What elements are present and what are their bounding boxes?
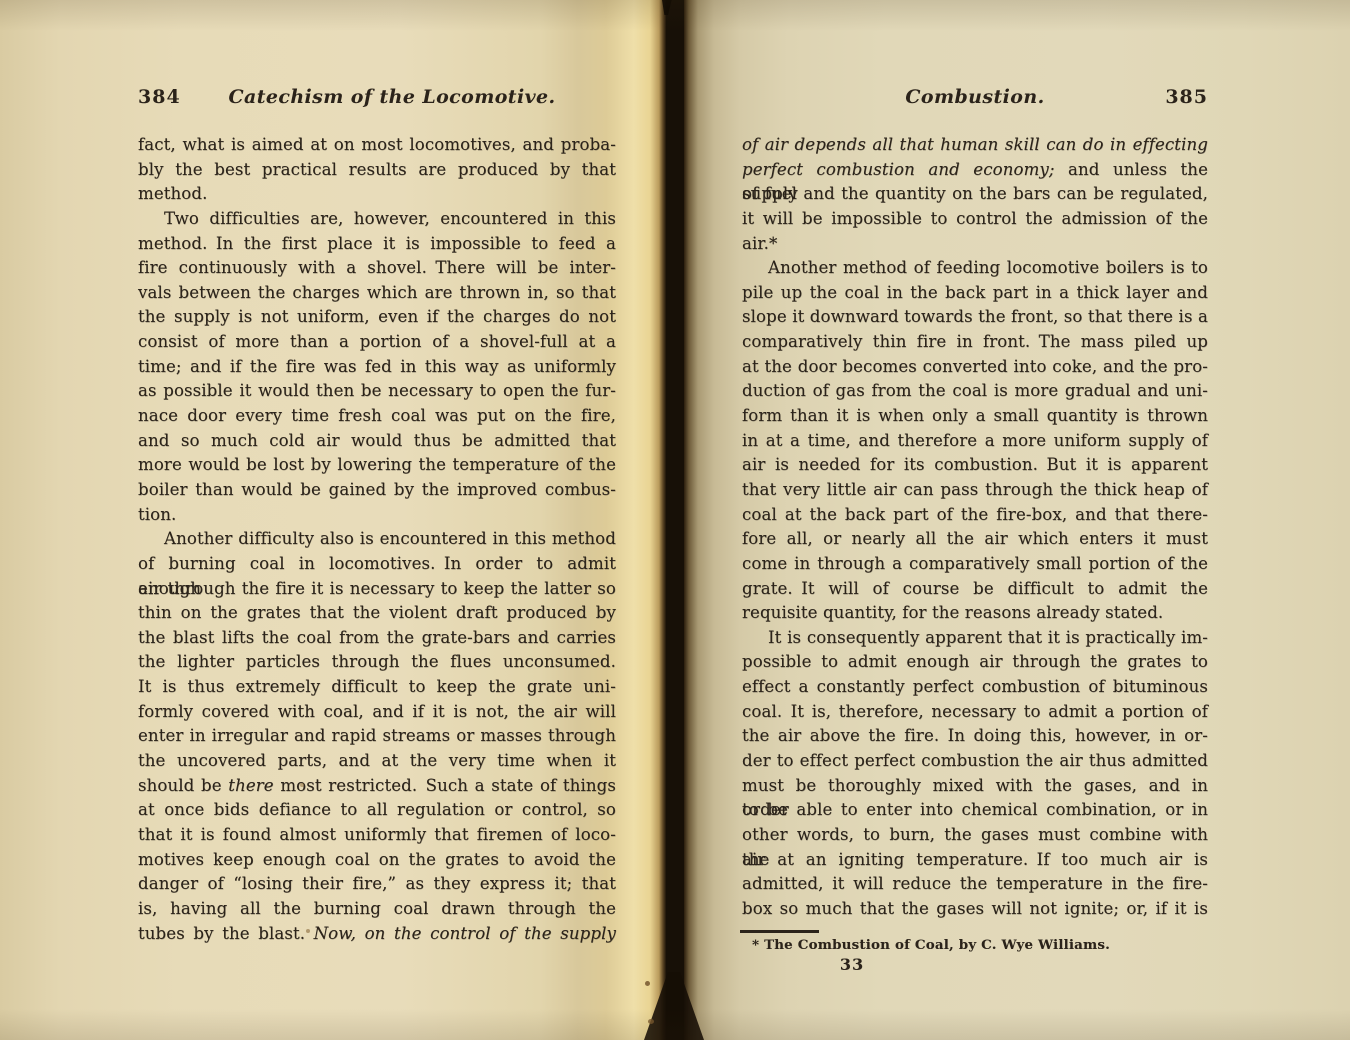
text-line: should be there most restricted. Such a … <box>138 774 616 799</box>
text-segment: Another difficulty also is encountered i… <box>164 529 616 548</box>
text-line: It is consequently apparent that it is p… <box>742 626 1208 651</box>
text-line: that it is found almost uniformly that f… <box>138 823 616 848</box>
text-segment: fire continuously with a shovel. There w… <box>138 258 616 277</box>
text-segment: Another method of feeding locomotive boi… <box>768 258 1208 277</box>
text-line: at the door becomes converted into coke,… <box>742 355 1208 380</box>
text-line: other words, to burn, the gases must com… <box>742 823 1208 848</box>
text-line: it will be impossible to control the adm… <box>742 207 1208 232</box>
text-line: pile up the coal in the back part in a t… <box>742 281 1208 306</box>
text-segment: nace door every time fresh coal was put … <box>138 406 616 425</box>
paper-speck <box>300 783 304 787</box>
text-segment: that it is found almost uniformly that f… <box>138 825 616 844</box>
text-line: the blast lifts the coal from the grate-… <box>138 626 616 651</box>
text-line: slope it downward towards the front, so … <box>742 305 1208 330</box>
text-segment: the supply is not uniform, even if the c… <box>138 307 616 326</box>
text-segment: in at a time, and therefore a more unifo… <box>742 431 1208 450</box>
left-page: 384 Catechism of the Locomotive. fact, w… <box>0 0 666 1040</box>
text-segment: comparatively thin fire in front. The ma… <box>742 332 1208 351</box>
text-line: more would be lost by lowering the tempe… <box>138 453 616 478</box>
text-segment: to be able to enter into chemical combin… <box>742 800 1208 819</box>
text-line: boiler than would be gained by the impro… <box>138 478 616 503</box>
text-line: air.* <box>742 232 1208 257</box>
left-page-header: 384 Catechism of the Locomotive. <box>138 86 616 112</box>
text-segment: boiler than would be gained by the impro… <box>138 480 616 499</box>
text-segment: effect a constantly perfect combustion o… <box>742 677 1208 696</box>
text-line: enter in irregular and rapid streams or … <box>138 724 616 749</box>
text-line: in at a time, and therefore a more unifo… <box>742 429 1208 454</box>
text-segment: most restricted. Such a state of things <box>274 776 616 795</box>
text-segment: come in through a comparatively small po… <box>742 554 1208 573</box>
text-line: and so much cold air would thus be admit… <box>138 429 616 454</box>
text-line: grate. It will of course be difficult to… <box>742 577 1208 602</box>
italic-text: of air depends all that human skill can … <box>742 135 1208 154</box>
text-segment: vals between the charges which are throw… <box>138 283 616 302</box>
text-segment: Two difficulties are, however, encounter… <box>164 209 616 228</box>
text-line: duction of gas from the coal is more gra… <box>742 379 1208 404</box>
text-line: effect a constantly perfect combustion o… <box>742 675 1208 700</box>
text-segment: requisite quantity, for the reasons alre… <box>742 603 1163 622</box>
text-segment: coal at the back part of the fire-box, a… <box>742 505 1208 524</box>
paper-speck <box>648 1019 654 1024</box>
text-segment: at the door becomes converted into coke,… <box>742 357 1208 376</box>
text-segment: enter in irregular and rapid streams or … <box>138 726 616 745</box>
text-line: tion. <box>138 503 616 528</box>
text-line: Another method of feeding locomotive boi… <box>742 256 1208 281</box>
text-line: the supply is not uniform, even if the c… <box>138 305 616 330</box>
text-segment: is, having all the burning coal drawn th… <box>138 899 616 918</box>
text-segment: coal. It is, therefore, necessary to adm… <box>742 702 1208 721</box>
text-line: come in through a comparatively small po… <box>742 552 1208 577</box>
right-page: Combustion. 385 of air depends all that … <box>684 0 1350 1040</box>
text-segment: consist of more than a portion of a shov… <box>138 332 616 351</box>
text-segment: the uncovered parts, and at the very tim… <box>138 751 616 770</box>
text-segment: the blast lifts the coal from the grate-… <box>138 628 616 647</box>
text-line: fact, what is aimed at on most locomotiv… <box>138 133 616 158</box>
text-line: method. <box>138 182 616 207</box>
text-line: tubes by the blast. Now, on the control … <box>138 922 616 947</box>
text-segment: method. <box>138 184 208 203</box>
text-line: of air depends all that human skill can … <box>742 133 1208 158</box>
text-segment: air through the fire it is necessary to … <box>138 579 616 598</box>
text-line: fire continuously with a shovel. There w… <box>138 256 616 281</box>
text-segment: should be <box>138 776 228 795</box>
text-segment: It is thus extremely difficult to keep t… <box>138 677 616 696</box>
text-line: consist of more than a portion of a shov… <box>138 330 616 355</box>
text-line: nace door every time fresh coal was put … <box>138 404 616 429</box>
text-line: is, having all the burning coal drawn th… <box>138 897 616 922</box>
text-segment: grate. It will of course be difficult to… <box>742 579 1208 598</box>
italic-text: perfect combustion and economy; <box>742 160 1055 179</box>
text-segment: tion. <box>138 505 176 524</box>
text-segment: admitted, it will reduce the temperature… <box>742 874 1208 893</box>
text-line: box so much that the gases will not igni… <box>742 897 1208 922</box>
left-page-text: fact, what is aimed at on most locomotiv… <box>138 133 616 946</box>
text-segment: form than it is when only a small quanti… <box>742 406 1208 425</box>
text-line: bly the best practical results are produ… <box>138 158 616 183</box>
text-segment: at once bids defiance to all regulation … <box>138 800 616 819</box>
text-line: the lighter particles through the flues … <box>138 650 616 675</box>
text-line: air at an igniting temperature. If too m… <box>742 848 1208 873</box>
right-page-text: of air depends all that human skill can … <box>742 133 1208 922</box>
text-segment: air at an igniting temperature. If too m… <box>742 850 1208 869</box>
text-line: Two difficulties are, however, encounter… <box>138 207 616 232</box>
text-segment: pile up the coal in the back part in a t… <box>742 283 1208 302</box>
italic-text: there <box>228 776 273 795</box>
text-line: of burning coal in locomotives. In order… <box>138 552 616 577</box>
left-running-title: Catechism of the Locomotive. <box>138 86 616 108</box>
text-segment: fact, what is aimed at on most locomotiv… <box>138 135 616 154</box>
text-line: coal. It is, therefore, necessary to adm… <box>742 700 1208 725</box>
text-line: Another difficulty also is encountered i… <box>138 527 616 552</box>
text-line: the uncovered parts, and at the very tim… <box>138 749 616 774</box>
italic-text: Now, on the control of the supply <box>314 924 616 943</box>
text-line: air is needed for its combustion. But it… <box>742 453 1208 478</box>
text-line: coal at the back part of the fire-box, a… <box>742 503 1208 528</box>
text-line: perfect combustion and economy; and unle… <box>742 158 1208 183</box>
text-segment: bly the best practical results are produ… <box>138 160 616 179</box>
text-segment: air.* <box>742 234 777 253</box>
text-line: form than it is when only a small quanti… <box>742 404 1208 429</box>
text-segment: air is needed for its combustion. But it… <box>742 455 1208 474</box>
text-segment: it will be impossible to control the adm… <box>742 209 1208 228</box>
book-scan: 384 Catechism of the Locomotive. fact, w… <box>0 0 1350 1040</box>
text-line: method. In the first place it is impossi… <box>138 232 616 257</box>
text-line: at once bids defiance to all regulation … <box>138 798 616 823</box>
text-line: must be thoroughly mixed with the gases,… <box>742 774 1208 799</box>
text-segment: fore all, or nearly all the air which en… <box>742 529 1208 548</box>
paper-speck <box>645 981 650 986</box>
text-line: comparatively thin fire in front. The ma… <box>742 330 1208 355</box>
text-segment: method. In the first place it is impossi… <box>138 234 616 253</box>
text-line: vals between the charges which are throw… <box>138 281 616 306</box>
text-segment: that very little air can pass through th… <box>742 480 1208 499</box>
text-segment: possible to admit enough air through the… <box>742 652 1208 671</box>
text-line: It is thus extremely difficult to keep t… <box>138 675 616 700</box>
text-line: motives keep enough coal on the grates t… <box>138 848 616 873</box>
text-line: as possible it would then be necessary t… <box>138 379 616 404</box>
right-page-number: 385 <box>1165 86 1208 108</box>
text-segment: It is consequently apparent that it is p… <box>768 628 1208 647</box>
text-segment: as possible it would then be necessary t… <box>138 381 616 400</box>
text-line: formly covered with coal, and if it is n… <box>138 700 616 725</box>
text-segment: of fuel and the quantity on the bars can… <box>742 184 1208 203</box>
text-segment: formly covered with coal, and if it is n… <box>138 702 616 721</box>
text-segment: the air above the fire. In doing this, h… <box>742 726 1208 745</box>
text-segment: and so much cold air would thus be admit… <box>138 431 616 450</box>
text-line: the air above the fire. In doing this, h… <box>742 724 1208 749</box>
text-line: der to effect perfect combustion the air… <box>742 749 1208 774</box>
text-segment: der to effect perfect combustion the air… <box>742 751 1208 770</box>
text-line: thin on the grates that the violent draf… <box>138 601 616 626</box>
right-running-title: Combustion. <box>742 86 1208 108</box>
signature-mark: 33 <box>832 955 872 974</box>
text-segment: danger of “losing their fire,” as they e… <box>138 874 616 893</box>
text-line: time; and if the fire was fed in this wa… <box>138 355 616 380</box>
text-segment: duction of gas from the coal is more gra… <box>742 381 1208 400</box>
text-line: to be able to enter into chemical combin… <box>742 798 1208 823</box>
paper-speck <box>306 929 310 933</box>
footnote-rule <box>740 930 819 933</box>
text-segment: time; and if the fire was fed in this wa… <box>138 357 616 376</box>
text-line: of fuel and the quantity on the bars can… <box>742 182 1208 207</box>
text-line: possible to admit enough air through the… <box>742 650 1208 675</box>
text-segment: more would be lost by lowering the tempe… <box>138 455 616 474</box>
text-segment: the lighter particles through the flues … <box>138 652 616 671</box>
text-segment: tubes by the blast. <box>138 924 314 943</box>
text-segment: motives keep enough coal on the grates t… <box>138 850 616 869</box>
text-segment: box so much that the gases will not igni… <box>742 899 1208 918</box>
text-segment: slope it downward towards the front, so … <box>742 307 1208 326</box>
text-line: admitted, it will reduce the temperature… <box>742 872 1208 897</box>
text-segment: thin on the grates that the violent draf… <box>138 603 616 622</box>
text-line: fore all, or nearly all the air which en… <box>742 527 1208 552</box>
footnote: * The Combustion of Coal, by C. Wye Will… <box>752 937 1192 953</box>
right-page-header: Combustion. 385 <box>742 86 1208 112</box>
text-line: that very little air can pass through th… <box>742 478 1208 503</box>
text-line: requisite quantity, for the reasons alre… <box>742 601 1208 626</box>
text-line: danger of “losing their fire,” as they e… <box>138 872 616 897</box>
text-line: air through the fire it is necessary to … <box>138 577 616 602</box>
